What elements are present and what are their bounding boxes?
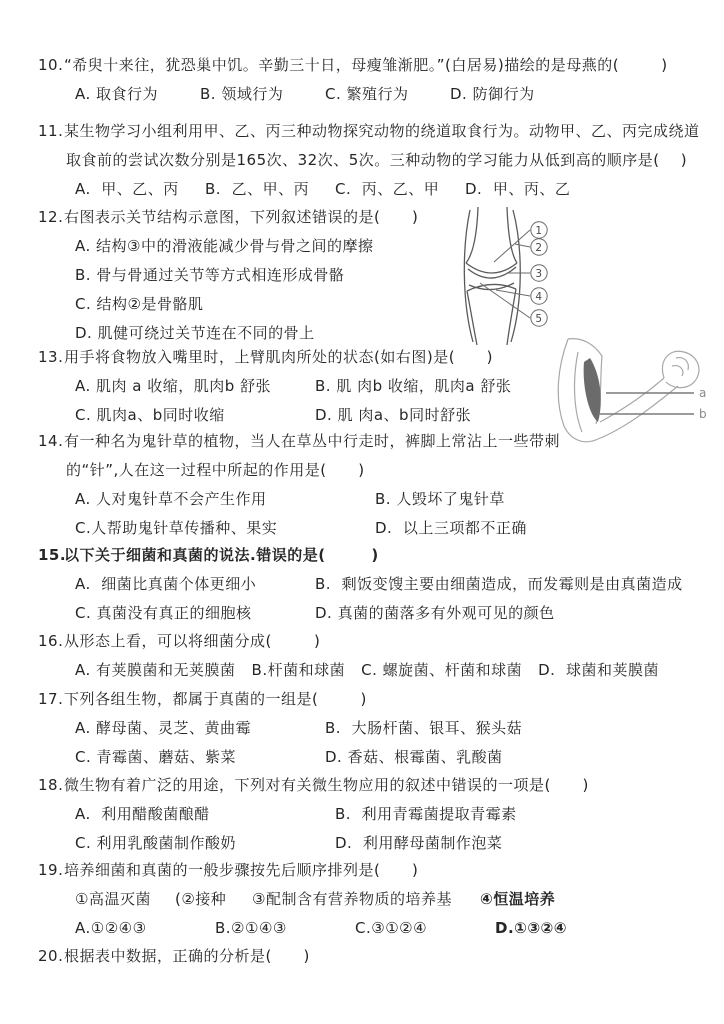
joint-label-4: 4 (535, 291, 542, 303)
option-b: B.杆菌和球菌 (252, 659, 346, 680)
option-c: C. 结构②是骨骼肌 (75, 293, 203, 314)
option-a: A. 有荚膜菌和无荚膜菌 (75, 659, 236, 680)
question-number: 15. (38, 546, 64, 564)
upper-bone-left-edge (466, 207, 478, 263)
option-d: D. 真菌的菌落多有外观可见的颜色 (315, 602, 555, 623)
option-c: C. 利用乳酸菌制作酸奶 (75, 832, 335, 853)
step-1: ①高温灭菌 (75, 888, 175, 909)
option-b: B. 乙、甲、丙 (205, 178, 335, 199)
question-17: 17.下列各组生物，都属于真菌的一组是( ) A. 酵母菌、灵芝、黄曲霉B. 大… (38, 684, 710, 771)
option-d: D. 甲、丙、乙 (465, 178, 570, 199)
question-stem-cont: 的“针”,人在这一过程中所起的作用是( ) (66, 459, 365, 480)
option-b: B.②①④③ (215, 919, 355, 937)
biceps-muscle (584, 358, 601, 422)
option-b: B. 利用青霉菌提取青霉素 (335, 803, 517, 824)
upper-bone-right-edge (507, 207, 517, 263)
question-number: 10. (38, 56, 64, 74)
question-14: 14.有一种名为鬼针草的植物，当人在草丛中行走时，裤脚上常沾上一些带刺 的“针”… (38, 426, 710, 542)
joint-label-2: 2 (535, 242, 542, 254)
finger-curl-2 (672, 366, 683, 376)
question-stem: 培养细菌和真菌的一般步骤按先后顺序排列是( ) (64, 859, 418, 880)
option-b: B. 人毁坏了鬼针草 (375, 488, 505, 509)
finger-curl-1 (676, 358, 688, 370)
arm-label-b: b (699, 407, 707, 421)
step-2: (②接种 (175, 888, 252, 909)
question-number: 18. (38, 776, 64, 794)
joint-label-5: 5 (535, 313, 542, 325)
question-19: 19.培养细菌和真菌的一般步骤按先后顺序排列是( ) ①高温灭菌(②接种③配制含… (38, 855, 710, 942)
leader-4 (496, 290, 530, 296)
option-b: B. 领域行为 (200, 83, 325, 104)
question-number: 12. (38, 208, 64, 226)
forearm-upper-edge (600, 378, 664, 422)
option-a: A. 人对鬼针草不会产生作用 (75, 488, 375, 509)
question-stem: 用手将食物放入嘴里时，上臂肌肉所处的状态(如右图)是( ) (64, 346, 493, 367)
question-11: 11.某生物学习小组利用甲、乙、丙三种动物探究动物的绕道取食行为。动物甲、乙、丙… (38, 116, 710, 203)
question-20: 20.根据表中数据，正确的分析是( ) (38, 941, 710, 970)
option-d: D.①③②④ (495, 919, 567, 937)
step-3: ③配制含有营养物质的培养基 (252, 888, 480, 909)
question-stem: “希臾十来往，犹恐巢中饥。辛勤三十日，母瘦雏渐肥。”(白居易)描绘的是母燕的( … (64, 54, 668, 75)
option-a: A. 酵母菌、灵芝、黄曲霉 (75, 717, 325, 738)
option-b: B. 大肠杆菌、银耳、猴头菇 (325, 717, 522, 738)
question-stem: 根据表中数据，正确的分析是( ) (64, 945, 310, 966)
option-b: B. 肌 肉b 收缩，肌肉a 舒张 (315, 375, 511, 396)
question-number: 20. (38, 947, 64, 965)
question-stem: 某生物学习小组利用甲、乙、丙三种动物探究动物的绕道取食行为。动物甲、乙、丙完成绕… (64, 120, 700, 141)
question-10: 10.“希臾十来往，犹恐巢中饥。辛勤三十日，母瘦雏渐肥。”(白居易)描绘的是母燕… (38, 50, 710, 108)
knee-joint-diagram: 1 2 3 4 5 (450, 206, 620, 346)
option-c: C. 肌肉a、b同时收缩 (75, 404, 315, 425)
option-d: D. 利用酵母菌制作泡菜 (335, 832, 502, 853)
option-d: D. 防御行为 (450, 83, 535, 104)
option-a: A. 结构③中的滑液能减少骨与骨之间的摩擦 (75, 235, 373, 256)
option-d: D. 以上三项都不正确 (375, 517, 527, 538)
option-a: A. 甲、乙、丙 (75, 178, 205, 199)
question-stem: 有一种名为鬼针草的植物，当人在草丛中行走时，裤脚上常沾上一些带刺 (64, 430, 560, 451)
joint-label-3: 3 (535, 268, 542, 280)
option-d: D. 肌 肉a、b同时舒张 (315, 404, 471, 425)
step-4: ④恒温培养 (480, 888, 555, 909)
leader-5 (480, 283, 530, 318)
question-stem: 右图表示关节结构示意图，下列叙述错误的是( ) (64, 206, 418, 227)
option-c: C.③①②④ (355, 919, 495, 937)
question-number: 14. (38, 432, 64, 450)
option-c: C. 螺旋菌、杆菌和球菌 (361, 659, 522, 680)
option-b: B. 剩饭变馊主要由细菌造成，而发霉则是由真菌造成 (315, 573, 683, 594)
option-c: C. 青霉菌、蘑菇、紫菜 (75, 746, 325, 767)
question-number: 19. (38, 861, 64, 879)
leader-2 (515, 244, 530, 247)
joint-label-1: 1 (535, 225, 542, 237)
option-c: C. 丙、乙、甲 (335, 178, 465, 199)
question-15: 15.以下关于细菌和真菌的说法.错误的是( ) A. 细菌比真菌个体更细小B. … (38, 540, 710, 627)
option-a: A. 肌肉 a 收缩，肌肉b 舒张 (75, 375, 315, 396)
option-a: A.①②④③ (75, 919, 215, 937)
lower-bone-right-edge (507, 289, 516, 345)
option-a: A. 取食行为 (75, 83, 200, 104)
fist-outline (662, 351, 699, 387)
question-stem: 下列各组生物，都属于真菌的一组是( ) (64, 688, 367, 709)
triceps-line (575, 352, 582, 432)
question-stem-cont: 取食前的尝试次数分别是165次、32次、5次。三种动物的学习能力从低到高的顺序是… (66, 149, 687, 170)
question-number: 16. (38, 632, 64, 650)
exam-page: 10.“希臾十来往，犹恐巢中饥。辛勤三十日，母瘦雏渐肥。”(白居易)描绘的是母燕… (0, 0, 724, 1024)
question-stem: 以下关于细菌和真菌的说法.错误的是( ) (64, 544, 379, 565)
question-18: 18.微生物有着广泛的用途，下列对有关微生物应用的叙述中错误的一项是( ) A.… (38, 770, 710, 857)
option-b: B. 骨与骨通过关节等方式相连形成骨骼 (75, 264, 344, 285)
option-c: C.人帮助鬼针草传播种、果实 (75, 517, 375, 538)
arm-label-a: a (699, 386, 707, 400)
option-d: D. 肌健可绕过关节连在不同的骨上 (75, 322, 315, 343)
option-c: C. 繁殖行为 (325, 83, 450, 104)
question-stem: 微生物有着广泛的用途，下列对有关微生物应用的叙述中错误的一项是( ) (64, 774, 589, 795)
question-16: 16.从形态上看，可以将细菌分成( ) A. 有荚膜菌和无荚膜菌B.杆菌和球菌C… (38, 626, 710, 684)
joint-capsule-left (464, 210, 473, 342)
question-number: 11. (38, 122, 64, 140)
option-d: D. 香菇、根霉菌、乳酸菌 (325, 746, 503, 767)
question-number: 13. (38, 348, 64, 366)
question-stem: 从形态上看，可以将细菌分成( ) (64, 630, 320, 651)
option-a: A. 利用醋酸菌酿醋 (75, 803, 335, 824)
option-d: D. 球菌和荚膜菌 (538, 659, 659, 680)
shoulder-edge (568, 339, 602, 356)
option-c: C. 真菌没有真正的细胞核 (75, 602, 315, 623)
joint-capsule-right (511, 210, 520, 342)
question-number: 17. (38, 690, 64, 708)
option-a: A. 细菌比真菌个体更细小 (75, 573, 315, 594)
